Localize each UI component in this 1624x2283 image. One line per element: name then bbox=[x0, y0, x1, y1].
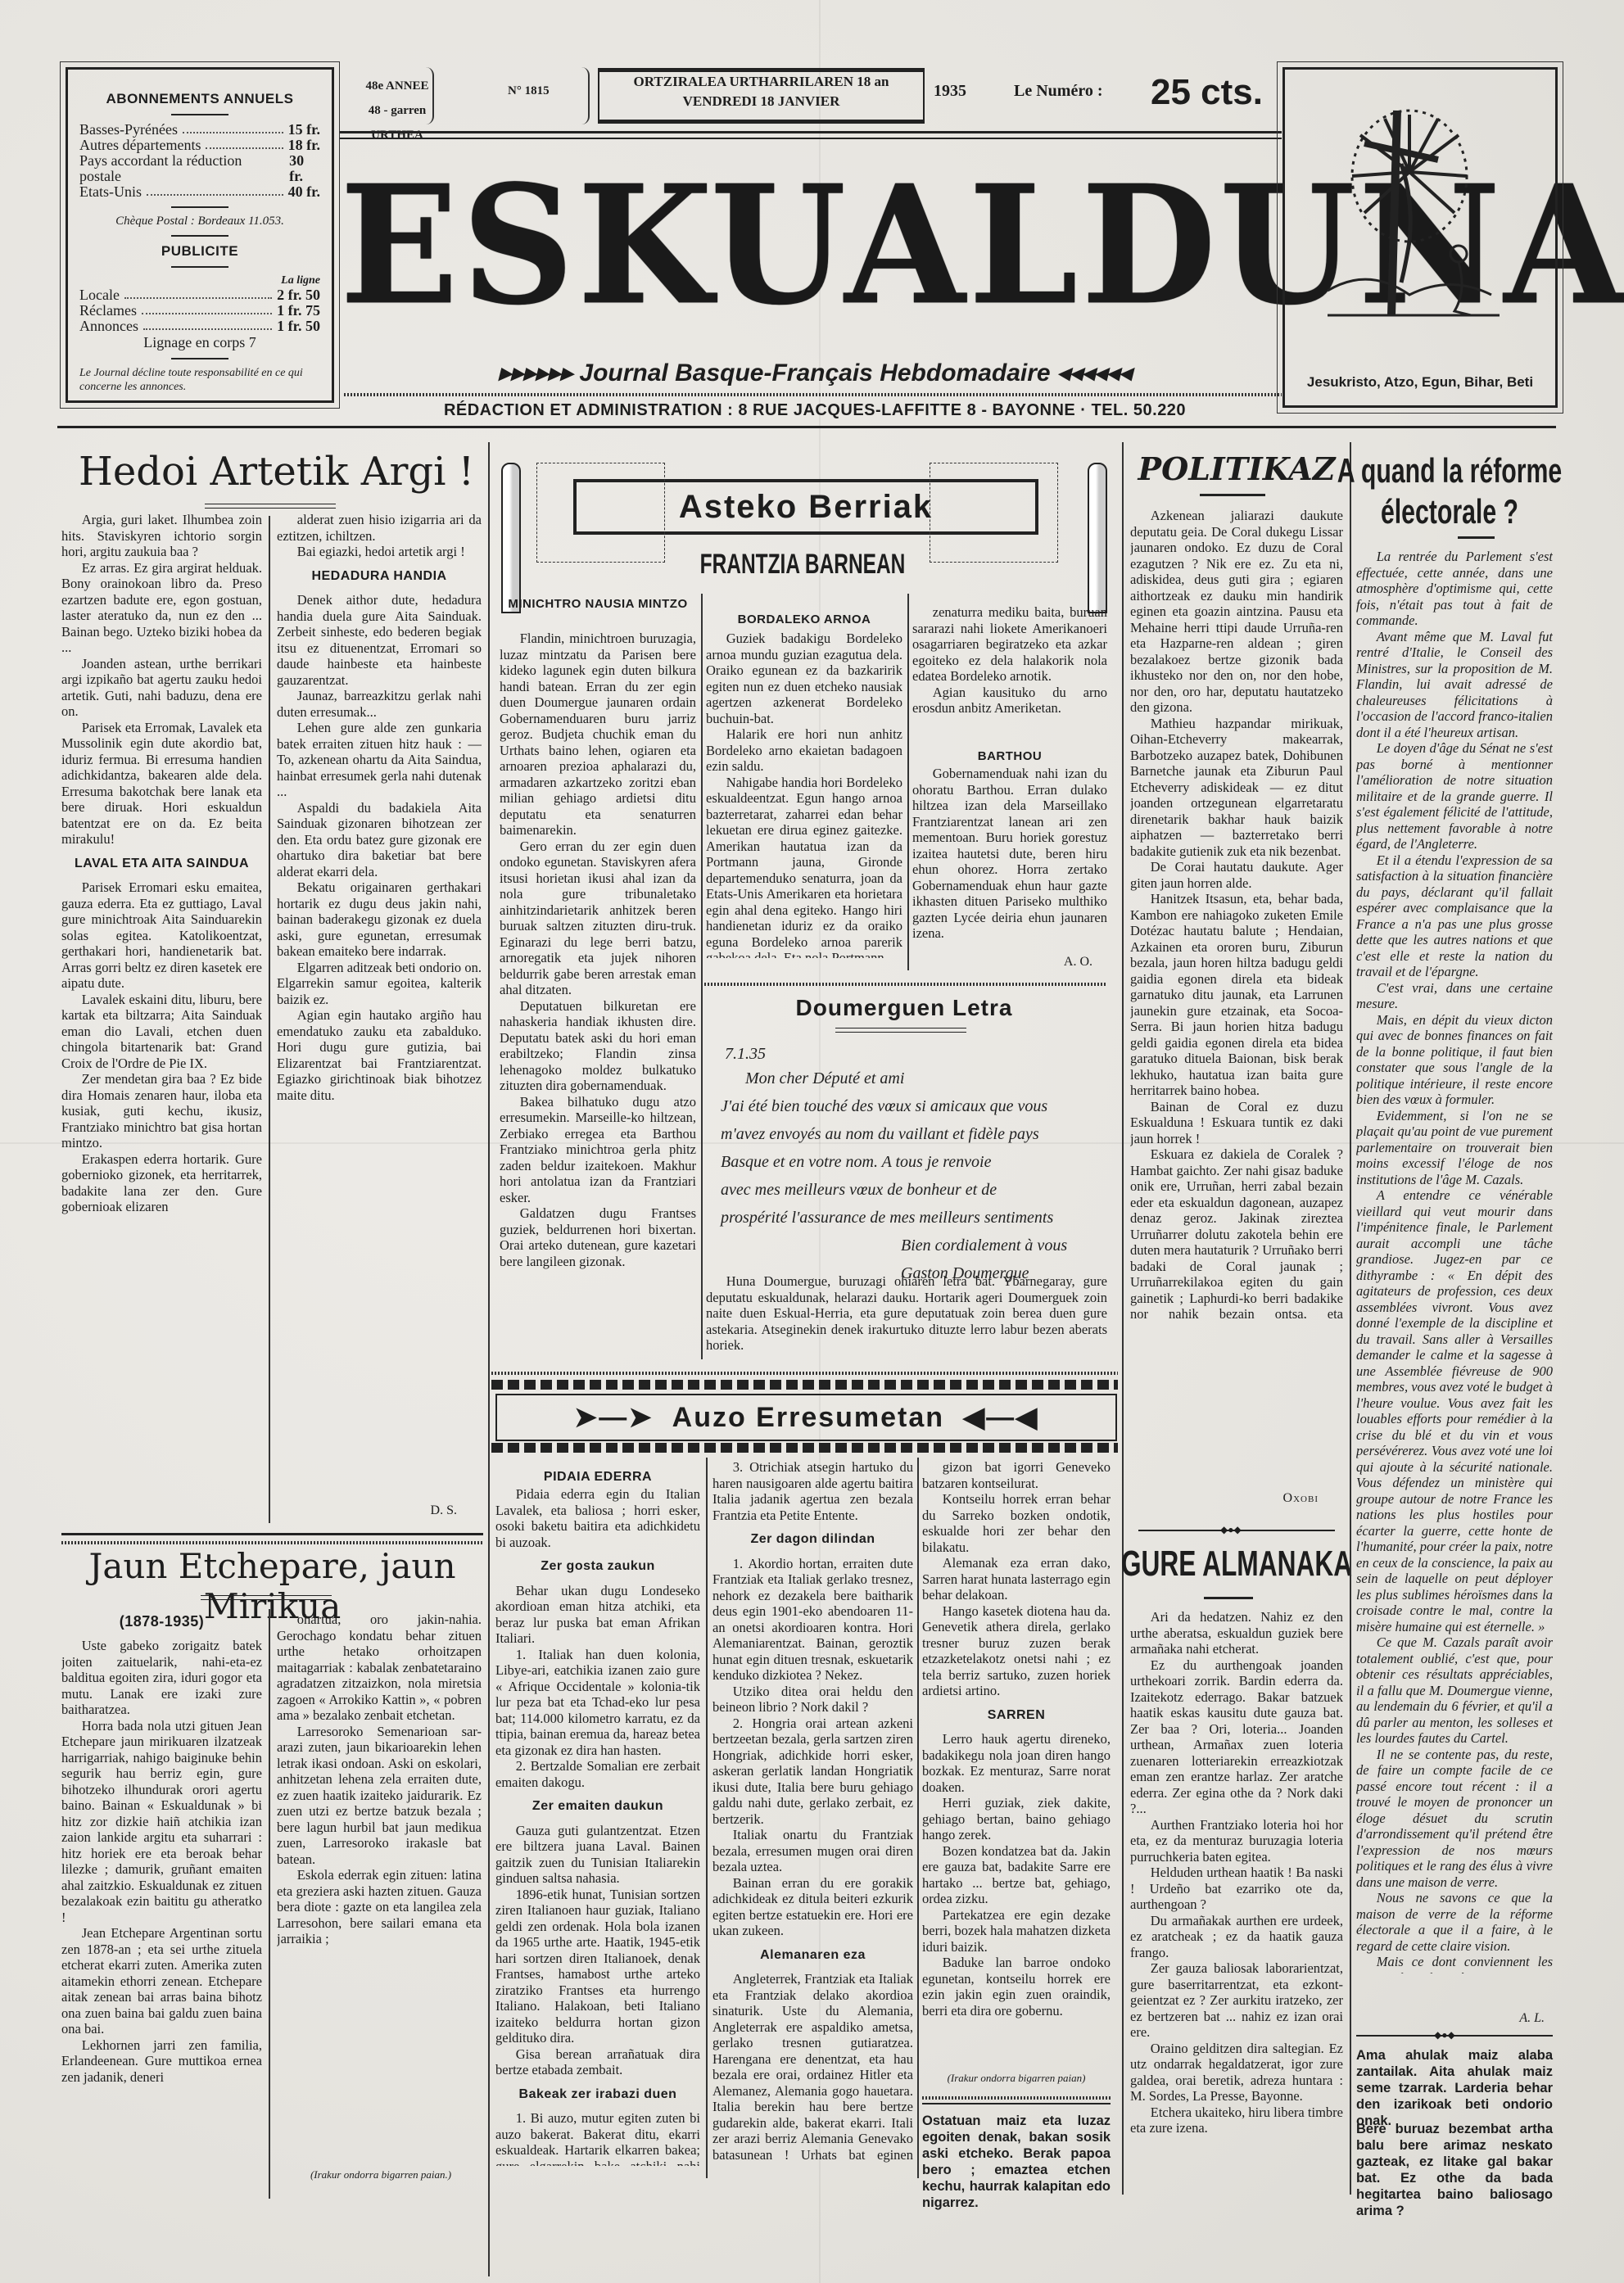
paragraph: Gauza guti gulantzentzat. Etzen ere bilt… bbox=[495, 1823, 700, 1887]
column-rule bbox=[269, 516, 270, 1523]
dotted-rule bbox=[922, 2096, 1111, 2100]
letter-line: prospérité l'assurance de mes meilleurs … bbox=[721, 1204, 1106, 1232]
section-banner-auzo: ➤—➤ Auzo Erresumetan ◀—◀ bbox=[495, 1394, 1117, 1441]
rate-row: Pays accordant la réduction postale30 fr… bbox=[79, 153, 320, 184]
paragraph: Mais ce dont conviennent les esprits les… bbox=[1356, 1954, 1553, 1973]
letter-title: Doumerguen Letra bbox=[701, 995, 1107, 1021]
paragraph: Halarik ere hori nun anhitz Bordeleko ar… bbox=[706, 726, 902, 775]
paragraph: Eskuara ez dakiela de Coralek ? Hambat g… bbox=[1130, 1146, 1343, 1318]
signature: Oxobi bbox=[1130, 1491, 1319, 1506]
paragraph: Elgarren aditzeak beti ondorio on. Elgar… bbox=[277, 960, 482, 1008]
paragraph: La rentrée du Parlement s'est effectuée,… bbox=[1356, 549, 1553, 629]
rule bbox=[61, 1533, 483, 1535]
paragraph: Kontseilu horrek erran behar du Sarreko … bbox=[922, 1491, 1111, 1555]
paragraph: Aurthen Frantziako loteria hoi hor eta, … bbox=[1130, 1817, 1343, 1865]
subscription-title: ABONNEMENTS ANNUELS bbox=[79, 91, 320, 107]
price: 25 cts. bbox=[1151, 72, 1263, 113]
paragraph-list: Denek aithor dute, hedadura handia duela… bbox=[277, 592, 482, 1103]
title-rule bbox=[205, 504, 336, 509]
section-heading: Zer gosta zaukun bbox=[495, 1558, 700, 1575]
article-column: Azkenean jaliarazi daukute deputatu geia… bbox=[1130, 508, 1343, 1318]
paragraph-list: Parisek Erromari esku emaitea, gauza ede… bbox=[61, 879, 262, 1215]
article-title-almanaka: GURE ALMANAKA bbox=[1119, 1544, 1355, 1585]
section-heading: MINICHTRO NAUSIA MINTZO bbox=[500, 596, 696, 613]
diamond-ornament-icon: ◆●◆ bbox=[1434, 2029, 1455, 2041]
paragraph-list: La rentrée du Parlement s'est effectuée,… bbox=[1356, 549, 1553, 1973]
paragraph-list: alderat zuen hisio izigarria ari da ezti… bbox=[277, 512, 482, 560]
letter-line: J'ai été bien touché des vœux si amicaux… bbox=[721, 1092, 1106, 1120]
paragraph-list: 3. Otrichiak atsegin hartuko du haren na… bbox=[712, 1459, 913, 1523]
paragraph: Mais, en dépit du vieux dicton qui avec … bbox=[1356, 1012, 1553, 1108]
rate-price: 40 fr. bbox=[288, 184, 320, 200]
arrow-left-icon: ◂◂◂◂◂◂ bbox=[1051, 359, 1132, 387]
paragraph: Hango kasetek diotena hau da. Genevetik … bbox=[922, 1603, 1111, 1699]
subheading-frantzia: FRANTZIA BARNEAN bbox=[673, 549, 933, 581]
leader-dots bbox=[143, 319, 272, 330]
paragraph: C'est vrai, dans une certaine mesure. bbox=[1356, 980, 1553, 1012]
title-rule bbox=[1458, 536, 1495, 539]
paragraph: 1896-etik hunat, Tunisian sortzen ziren … bbox=[495, 1887, 700, 2046]
per-line-label: La ligne bbox=[79, 274, 320, 287]
title-rule bbox=[201, 1595, 332, 1600]
paragraph-list: 1. Bi auzo, mutur egiten zuten bi auzo b… bbox=[495, 2110, 700, 2166]
article-title-reforme: A quand la réforme électorale ? bbox=[1326, 450, 1573, 532]
paragraph: Baduke lan barroe ondoko egunetan, konts… bbox=[922, 1955, 1111, 2019]
paragraph: Berak ere Lycée hortan behere eginak zit… bbox=[912, 942, 1107, 943]
article-column: Uste gabeko zorigaitz batek joiten zaitu… bbox=[61, 1638, 262, 2195]
paragraph: A entendre ce vénérable vieillard qui ve… bbox=[1356, 1187, 1553, 1634]
paragraph: Bainan erran du ere gorakik adichkideak … bbox=[712, 1875, 913, 1939]
paragraph: 1. Akordio hortan, erraiten dute Frantzi… bbox=[712, 1556, 913, 1684]
paragraph: Agian egin hautako argiño hau emendatuko… bbox=[277, 1007, 482, 1103]
paragraph: Bozen kondatzea bat da. Jakin ere gauza … bbox=[922, 1843, 1111, 1907]
masthead-subtitle: ▸▸▸▸▸▸ Journal Basque-Français Hebdomada… bbox=[344, 359, 1286, 387]
maxim: Ama ahulak maiz alaba zantailak. Aita ah… bbox=[1356, 2047, 1553, 2129]
divider bbox=[171, 266, 228, 268]
subscription-box: ABONNEMENTS ANNUELS Basses-Pyrénées15 fr… bbox=[66, 67, 334, 403]
paragraph: Du armañakak aurthen ere urdeek, ez arat… bbox=[1130, 1913, 1343, 1961]
dates: (1878-1935) bbox=[61, 1613, 262, 1630]
rate-row: Réclames1 fr. 75 bbox=[79, 303, 320, 319]
paragraph: Horra bada nola utzi gituen Jean Etchepa… bbox=[61, 1718, 262, 1926]
article-column: Argia, guri laket. Ilhumbea zoin hits. S… bbox=[61, 512, 262, 1527]
ostatuan-maxim: Ostatuan maiz eta luzaz egoiten denak, b… bbox=[922, 2113, 1111, 2211]
paragraph: Deputatuen bilkuretan ere nahaskeria han… bbox=[500, 998, 696, 1094]
title-rule bbox=[1204, 1597, 1253, 1599]
arrow-left-icon: ◀—◀ bbox=[944, 1402, 1038, 1433]
header-bottom-rule bbox=[57, 426, 1556, 428]
letter-date: 7.1.35 bbox=[725, 1040, 766, 1068]
date-french: VENDREDI 18 JANVIER bbox=[599, 92, 923, 111]
rate-row: Etats-Unis40 fr. bbox=[79, 184, 320, 200]
paragraph-list: Flandin, minichtroen buruzagia, luzaz mi… bbox=[500, 631, 696, 1269]
section-heading: BORDALEKO ARNOA bbox=[706, 613, 902, 626]
paragraph: Bai egiazki, hedoi artetik argi ! bbox=[277, 544, 482, 560]
paragraph: gizon bat igorri Geneveko batzaren konts… bbox=[922, 1459, 1111, 1491]
letter-line: avec mes meilleurs vœux de bonheur et de bbox=[721, 1176, 1106, 1204]
paragraph: Ce que M. Cazals paraît avoir totalement… bbox=[1356, 1634, 1553, 1747]
paragraph: De Corai hautatu daukute. Ager giten jau… bbox=[1130, 859, 1343, 891]
paragraph: Flandin, minichtroen buruzagia, luzaz mi… bbox=[500, 631, 696, 839]
letter-line: Mon cher Député et ami bbox=[721, 1065, 1106, 1092]
article-column: Flandin, minichtroen buruzagia, luzaz mi… bbox=[500, 631, 696, 1359]
rate-row: Basses-Pyrénées15 fr. bbox=[79, 122, 320, 138]
paragraph-list: Gauza guti gulantzentzat. Etzen ere bilt… bbox=[495, 1823, 700, 2078]
column-rule bbox=[269, 1609, 270, 2199]
paragraph: Ez arras. Ez gira argirat helduak. Bony … bbox=[61, 560, 262, 656]
paragraph: Herri guziak, ziek dakite, gehiago berta… bbox=[922, 1795, 1111, 1843]
paragraph-list: 1. Akordio hortan, erraiten dute Frantzi… bbox=[712, 1556, 913, 1939]
triangle-border-bottom bbox=[491, 1443, 1118, 1453]
article-title-hedoi: Hedoi Artetik Argi ! bbox=[61, 449, 491, 495]
paragraph: 2. Hongria orai artean azkeni bertzeetan… bbox=[712, 1716, 913, 1828]
article-column: Gobernamenduak nahi izan du ohoratu Bart… bbox=[912, 766, 1107, 942]
paragraph: Azkenean jaliarazi daukute deputatu geia… bbox=[1130, 508, 1343, 716]
continued-note: (Irakur ondorra bigarren paian.) bbox=[278, 2168, 483, 2181]
paragraph: 1. Bi auzo, mutur egiten zuten bi auzo b… bbox=[495, 2110, 700, 2166]
paragraph: Lehen gure alde zen gunkaria batek errai… bbox=[277, 720, 482, 800]
leader-dots bbox=[147, 184, 283, 196]
ornament-rule: ◆●◆ bbox=[1138, 1530, 1335, 1531]
illustration-caption: Jesukristo, Atzo, Egun, Bihar, Beti bbox=[1285, 374, 1555, 391]
disclaimer: Le Journal décline toute responsabilité … bbox=[79, 366, 320, 394]
leader-dots bbox=[142, 303, 272, 314]
date-box: ORTZIRALEA URTHARRILAREN 18 an VENDREDI … bbox=[598, 68, 925, 124]
divider bbox=[171, 358, 228, 359]
rate-price: 1 fr. 50 bbox=[277, 319, 320, 334]
paragraph: ohartua, oro jakin-nahia. Gerochago kond… bbox=[277, 1612, 482, 1724]
paragraph: Jean Etchepare Argentinan sortu zen 1878… bbox=[61, 1925, 262, 2037]
paragraph: zenaturra mediku baita, buruan sararazi … bbox=[912, 604, 1107, 685]
paragraph-list: Lerro hauk agertu direneko, badakikegu n… bbox=[922, 1731, 1111, 2019]
paragraph: Lekhornen jarri zen familia, Erlandeenea… bbox=[61, 2037, 262, 2086]
date-basque: ORTZIRALEA URTHARRILAREN 18 an bbox=[599, 72, 923, 92]
paragraph-list: Angleterrek, Frantziak eta Italiak eta F… bbox=[712, 1971, 913, 2163]
paragraph: Nahigabe handia hori Bordeleko eskualdee… bbox=[706, 775, 902, 959]
paragraph-list: Behar ukan dugu Londeseko akordioan eman… bbox=[495, 1583, 700, 1791]
article-column: gizon bat igorri Geneveko batzaren konts… bbox=[922, 1459, 1111, 2065]
divider bbox=[171, 114, 228, 115]
article-title-politikaz: POLITIKAZ bbox=[1130, 450, 1343, 487]
section-heading: BARTHOU bbox=[912, 749, 1107, 763]
column-rule bbox=[1122, 442, 1124, 2195]
paragraph: Alemanak eza erran dako, Sarren harat hu… bbox=[922, 1555, 1111, 1603]
paragraph-list: Uste gabeko zorigaitz batek joiten zaitu… bbox=[61, 1638, 262, 2085]
rate-row: Locale2 fr. 50 bbox=[79, 287, 320, 303]
letter-caption: Huna Doumergue, buruzagi ohiaren letra b… bbox=[706, 1273, 1107, 1355]
paragraph: Et il a étendu l'expression de sa satisf… bbox=[1356, 852, 1553, 980]
column-rule bbox=[907, 594, 909, 970]
paragraph: Galdatzen dugu Frantses guziek, beldurre… bbox=[500, 1205, 696, 1269]
paragraph: alderat zuen hisio izigarria ari da ezti… bbox=[277, 512, 482, 544]
paragraph: Avant même que M. Laval fut rentré d'Ita… bbox=[1356, 629, 1553, 741]
year: 1935 bbox=[934, 82, 966, 101]
paragraph: Lavalek eskaini ditu, liburu, bere karta… bbox=[61, 992, 262, 1072]
section-heading: Bakeak zer irabazi duen bbox=[495, 2086, 700, 2103]
paragraph-list: Guziek badakigu Bordeleko arnoa mundu gu… bbox=[706, 631, 902, 958]
dotted-rule bbox=[61, 1541, 483, 1544]
handwritten-letter: Mon cher Député et amiJ'ai été bien touc… bbox=[721, 1065, 1106, 1287]
signature: A. O. bbox=[912, 955, 1092, 970]
paragraph: Nous ne savons ce que la maison de verre… bbox=[1356, 1890, 1553, 1954]
article-column: Ari da hedatzen. Nahiz ez den urthe aber… bbox=[1130, 1609, 1343, 2199]
rule bbox=[922, 2103, 1111, 2104]
article-column: Guziek badakigu Bordeleko arnoa mundu gu… bbox=[706, 631, 902, 958]
paragraph-list: Gobernamenduak nahi izan du ohoratu Bart… bbox=[912, 766, 1107, 942]
paragraph: Uste gabeko zorigaitz batek joiten zaitu… bbox=[61, 1638, 262, 1718]
brace bbox=[426, 67, 434, 124]
rate-price: 1 fr. 75 bbox=[277, 303, 320, 319]
paragraph-list: Ari da hedatzen. Nahiz ez den urthe aber… bbox=[1130, 1609, 1343, 2136]
paragraph: Mathieu hazpandar mirikuak, Oihan-Etchev… bbox=[1130, 716, 1343, 860]
paragraph: 2. Bertzalde Somalian ere zerbait emaite… bbox=[495, 1758, 700, 1790]
article-column: 3. Otrichiak atsegin hartuko du haren na… bbox=[712, 1459, 913, 2163]
paragraph: Eskola ederrak egin zituen: latina eta g… bbox=[277, 1867, 482, 1947]
article-column: alderat zuen hisio izigarria ari da ezti… bbox=[277, 512, 482, 1499]
paragraph: Guziek badakigu Bordeleko arnoa mundu gu… bbox=[706, 631, 902, 726]
rate-label: Basses-Pyrénées bbox=[79, 122, 178, 138]
section-heading: HEDADURA HANDIA bbox=[277, 568, 482, 585]
cheque-postal: Chèque Postal : Bordeaux 11.053. bbox=[79, 215, 320, 228]
paragraph: Zer mendetan gira baa ? Ez bide dira Hom… bbox=[61, 1071, 262, 1151]
banner-text: Auzo Erresumetan bbox=[672, 1402, 944, 1433]
paragraph-list: zenaturra mediku baita, buruan sararazi … bbox=[912, 604, 1107, 717]
continued-note: (Irakur ondorra bigarren paian) bbox=[922, 2072, 1111, 2085]
paragraph: Oraino gelditzen dira saltegian. Ez utz … bbox=[1130, 2041, 1343, 2104]
letter-line: m'avez envoyés au nom du vaillant et fid… bbox=[721, 1120, 1106, 1148]
article-column: ohartua, oro jakin-nahia. Gerochago kond… bbox=[277, 1612, 482, 2152]
paragraph: Hanitzek Itsasun, eta, behar bada, Kambo… bbox=[1130, 891, 1343, 1099]
paragraph: Parisek eta Erromak, Lavalek eta Mussoli… bbox=[61, 720, 262, 848]
paragraph: Evidemment, si l'on ne se plaçait qu'au … bbox=[1356, 1108, 1553, 1188]
paragraph: Partekatzea ere egin dezake berri, bozek… bbox=[922, 1907, 1111, 1955]
paragraph: Agian kausituko du arno erosdun anbitz A… bbox=[912, 685, 1107, 717]
rate-row: Annonces1 fr. 50 bbox=[79, 319, 320, 334]
price-label: Le Numéro : bbox=[1014, 82, 1103, 101]
paragraph: Behar ukan dugu Londeseko akordioan eman… bbox=[495, 1583, 700, 1647]
rate-price: 18 fr. bbox=[288, 138, 320, 153]
paragraph: Aspaldi du badakiela Aita Sainduak gizon… bbox=[277, 800, 482, 880]
section-heading: PIDAIA EDERRA bbox=[495, 1470, 700, 1485]
paragraph: Il ne se contente pas, du reste, de fair… bbox=[1356, 1747, 1553, 1891]
arrow-right-icon: ➤—➤ bbox=[574, 1402, 672, 1433]
paragraph: Bainan de Coral ez duzu Eskualduna ! Esk… bbox=[1130, 1099, 1343, 1147]
signature: D. S. bbox=[277, 1503, 457, 1518]
paragraph: Angleterrek, Frantziak eta Italiak eta F… bbox=[712, 1971, 913, 2163]
paragraph-list: Pidaia ederra egin du Italian Lavalek, e… bbox=[495, 1486, 700, 1550]
section-heading: Alemanaren eza bbox=[712, 1947, 913, 1964]
paragraph: Zer gauza baliosak laborarientzat, gure … bbox=[1130, 1960, 1343, 2041]
issue-number: N° 1815 bbox=[508, 84, 550, 98]
section-heading: SARREN bbox=[922, 1707, 1111, 1724]
column-rule bbox=[1350, 442, 1351, 2195]
leader-dots bbox=[183, 122, 283, 133]
paragraph: Helduden urthean haatik ! Ba naski ! Urd… bbox=[1130, 1865, 1343, 1913]
paragraph: Erakaspen ederra hortarik. Gure gobernio… bbox=[61, 1151, 262, 1215]
rate-label: Autres départements bbox=[79, 138, 201, 153]
subtitle-text: Journal Basque-Français Hebdomadaire bbox=[579, 359, 1050, 387]
arrow-right-icon: ▸▸▸▸▸▸ bbox=[499, 359, 580, 387]
rate-price: 15 fr. bbox=[288, 122, 320, 138]
paragraph: Ez du aurthengoak joanden urthekoari zor… bbox=[1130, 1657, 1343, 1817]
title-rule bbox=[1200, 494, 1265, 496]
advertising-title: PUBLICITE bbox=[79, 243, 320, 260]
paragraph: Argia, guri laket. Ilhumbea zoin hits. S… bbox=[61, 512, 262, 560]
paragraph-list: Azkenean jaliarazi daukute deputatu geia… bbox=[1130, 508, 1343, 1318]
pencil-icon bbox=[501, 463, 521, 613]
advertising-rates: Locale2 fr. 50Réclames1 fr. 75Annonces1 … bbox=[79, 287, 320, 334]
paragraph: Pidaia ederra egin du Italian Lavalek, e… bbox=[495, 1486, 700, 1550]
divider bbox=[171, 235, 228, 237]
title-rule bbox=[835, 1028, 966, 1033]
caption-text: Huna Doumergue, buruzagi ohiaren letra b… bbox=[706, 1273, 1107, 1354]
maxim: Bere buruaz bezembat artha balu bere ari… bbox=[1356, 2121, 1553, 2219]
rate-row: Autres départements18 fr. bbox=[79, 138, 320, 153]
paragraph: Bakea bilhatuko dugu atzo erresumekin. M… bbox=[500, 1094, 696, 1206]
column-rule bbox=[706, 1458, 708, 2178]
brace bbox=[581, 67, 590, 124]
paragraph: Gero erran du zer egin duen ondoko egune… bbox=[500, 839, 696, 998]
paragraph: Le doyen d'âge du Sénat ne s'est pas bor… bbox=[1356, 740, 1553, 852]
column-rule bbox=[488, 442, 490, 2276]
paragraph: Utziko ditea orai heldu den beineon libr… bbox=[712, 1684, 913, 1716]
ornament-rule: ◆●◆ bbox=[1356, 2035, 1553, 2037]
paragraph-list: ohartua, oro jakin-nahia. Gerochago kond… bbox=[277, 1612, 482, 1947]
dotted-rule bbox=[491, 1372, 1118, 1375]
rate-label: Réclames bbox=[79, 303, 137, 319]
paragraph: Gobernamenduak nahi izan du ohoratu Bart… bbox=[912, 766, 1107, 942]
dotted-rule bbox=[701, 983, 1107, 986]
address: RÉDACTION ET ADMINISTRATION : 8 RUE JACQ… bbox=[344, 401, 1286, 420]
rate-price: 30 fr. bbox=[289, 153, 320, 184]
divider bbox=[171, 206, 228, 208]
paragraph-list: Argia, guri laket. Ilhumbea zoin hits. S… bbox=[61, 512, 262, 848]
article-column: Pidaia ederra egin du Italian Lavalek, e… bbox=[495, 1486, 700, 2166]
paragraph: Jaunaz, barreazkitzu gerlak nahi duten e… bbox=[277, 688, 482, 720]
column-rule bbox=[917, 1458, 919, 2178]
rate-price: 2 fr. 50 bbox=[277, 287, 320, 303]
section-heading: Zer emaiten daukun bbox=[495, 1798, 700, 1815]
ornament-icon bbox=[536, 463, 665, 563]
crucifix-illustration-box: Jesukristo, Atzo, Egun, Bihar, Beti bbox=[1282, 67, 1558, 408]
paragraph: Joanden astean, urthe berrikari argi izp… bbox=[61, 656, 262, 720]
article-column: La rentrée du Parlement s'est effectuée,… bbox=[1356, 549, 1553, 1973]
ornament-icon bbox=[930, 463, 1058, 563]
paragraph: Italiak onartu du Frantziak bezala, erre… bbox=[712, 1827, 913, 1875]
paragraph: Denek aithor dute, hedadura handia duela… bbox=[277, 592, 482, 688]
paragraph: Ari da hedatzen. Nahiz ez den urthe aber… bbox=[1130, 1609, 1343, 1657]
paragraph: 1. Italiak han duen kolonia, Libye-ari, … bbox=[495, 1647, 700, 1759]
triangle-border-top bbox=[491, 1380, 1118, 1390]
rate-label: Annonces bbox=[79, 319, 138, 334]
letter-line: Basque et en votre nom. A tous je renvoi… bbox=[721, 1148, 1106, 1176]
section-heading: Zer dagon dilindan bbox=[712, 1531, 913, 1548]
paragraph-list: gizon bat igorri Geneveko batzaren konts… bbox=[922, 1459, 1111, 1699]
crucifix-illustration-icon bbox=[1295, 78, 1540, 348]
article-column: zenaturra mediku baita, buruan sararazi … bbox=[912, 604, 1107, 744]
section-heading: LAVAL ETA AITA SAINDUA bbox=[61, 856, 262, 872]
paragraph: Parisek Erromari esku emaitea, gauza ede… bbox=[61, 879, 262, 992]
rate-label: Pays accordant la réduction postale bbox=[79, 153, 279, 184]
signature: A. L. bbox=[1356, 2011, 1545, 2026]
paragraph: Lerro hauk agertu direneko, badakikegu n… bbox=[922, 1731, 1111, 1795]
lignage-note: Lignage en corps 7 bbox=[79, 334, 320, 351]
dotted-rule bbox=[344, 393, 1282, 396]
masthead-title: ESKUALDUNA bbox=[340, 134, 1282, 358]
pencil-icon bbox=[1088, 463, 1107, 613]
paragraph: Bekatu origainaren gerthakari hortarik e… bbox=[277, 879, 482, 960]
rate-label: Etats-Unis bbox=[79, 184, 142, 200]
diamond-ornament-icon: ◆●◆ bbox=[1220, 1524, 1242, 1536]
leader-dots bbox=[124, 287, 272, 299]
paragraph: 3. Otrichiak atsegin hartuko du haren na… bbox=[712, 1459, 913, 1523]
paragraph: Etchera ukaiteko, hiru libera timbre eta… bbox=[1130, 2104, 1343, 2136]
paragraph: Larresoroko Semenarioan sar-arazi zuten,… bbox=[277, 1724, 482, 1868]
leader-dots bbox=[206, 138, 283, 149]
subscription-rates: Basses-Pyrénées15 fr.Autres départements… bbox=[79, 122, 320, 200]
rate-label: Locale bbox=[79, 287, 120, 303]
letter-line: Bien cordialement à vous bbox=[721, 1232, 1106, 1259]
paragraph: Gisa berean arrañatuak dira bertze etaba… bbox=[495, 2046, 700, 2078]
column-rule bbox=[701, 594, 703, 1359]
